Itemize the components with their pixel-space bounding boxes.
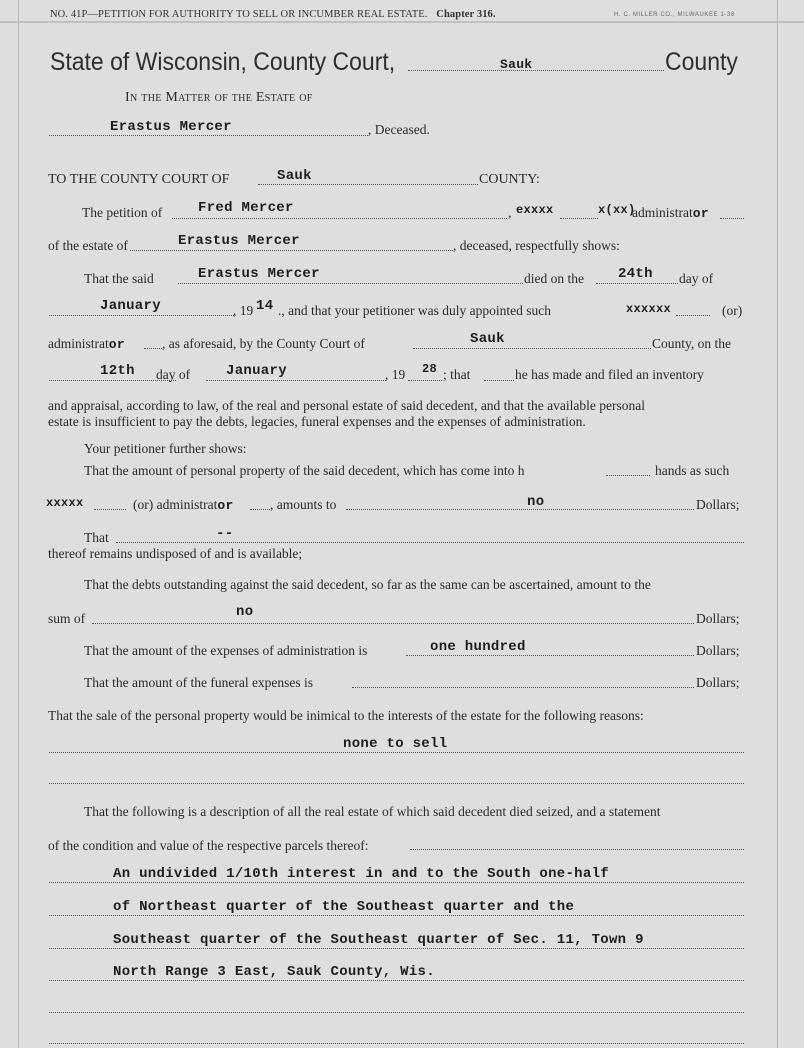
printer-imprint: H. C. MILLER CO., MILWAUKEE 1-38 [614, 12, 735, 18]
amount-value[interactable]: no [527, 494, 544, 510]
blank [484, 380, 514, 381]
died-year[interactable]: 14 [256, 298, 273, 314]
petition-of-label: The petition of [82, 205, 162, 221]
that-label: That [84, 530, 109, 546]
description-line[interactable]: North Range 3 East, Sauk County, Wis. [113, 964, 435, 980]
or-administrat-text: (or) administrat [133, 497, 217, 512]
aforesaid-text: , as aforesaid, by the County Court of [162, 336, 365, 352]
died-day[interactable]: 24th [618, 266, 653, 282]
petitioner-blank [172, 218, 507, 219]
document-page: NO. 41P—PETITION FOR AUTHORITY TO SELL O… [0, 0, 804, 1048]
form-title: NO. 41P—PETITION FOR AUTHORITY TO SELL O… [50, 9, 428, 20]
appt-day-of: day of [156, 367, 190, 383]
description-line-blank[interactable] [49, 1012, 744, 1013]
struck-executor-4: xxxxx [46, 496, 84, 510]
appt-month[interactable]: January [226, 363, 287, 379]
estate-of-blank [130, 250, 453, 251]
dollars-label-4: Dollars; [696, 675, 740, 691]
died-day-blank [596, 283, 678, 284]
blank [408, 380, 442, 381]
died-on-label: died on the [524, 271, 584, 287]
said-value[interactable]: Erastus Mercer [198, 266, 320, 282]
blank [94, 509, 126, 510]
blank [560, 218, 598, 219]
died-month-blank [49, 315, 234, 316]
undisposed-text: thereof remains undisposed of and is ava… [48, 546, 302, 562]
court-title: State of Wisconsin, County Court, [50, 48, 395, 77]
real-estate-intro-2: of the condition and value of the respec… [48, 838, 369, 854]
description-line-blank [49, 915, 744, 916]
appointed-text: ., and that your petitioner was duly app… [278, 303, 551, 319]
address-suffix: COUNTY: [479, 172, 540, 188]
blank [144, 348, 162, 349]
blank [606, 475, 650, 476]
further-heading: Your petitioner further shows: [84, 441, 247, 457]
sale-reason-blank-1 [49, 752, 744, 753]
inventory-text: he has made and filed an inventory [515, 367, 704, 383]
year-prefix: , 19 [233, 303, 253, 319]
decedent-name[interactable]: Erastus Mercer [110, 119, 232, 135]
description-line-blank [49, 948, 744, 949]
deceased-label: , Deceased. [368, 122, 430, 138]
description-line[interactable]: An undivided 1/10th interest in and to t… [113, 866, 609, 882]
that-label: ; that [443, 367, 470, 383]
hands-as-such: hands as such [655, 463, 729, 479]
address-county-blank [258, 184, 478, 185]
decedent-blank [49, 135, 368, 136]
dollars-label-2: Dollars; [696, 611, 740, 627]
comma: , [508, 205, 511, 221]
administrat-suffix[interactable]: or [217, 498, 233, 513]
form-header: NO. 41P—PETITION FOR AUTHORITY TO SELL O… [50, 9, 496, 20]
debts-blank [92, 623, 694, 624]
said-blank [178, 283, 523, 284]
admin-expenses-blank [406, 655, 694, 656]
administrat-suffix[interactable]: or [109, 337, 125, 352]
dollars-label-3: Dollars; [696, 643, 740, 659]
dollars-label-1: Dollars; [696, 497, 740, 513]
real-estate-intro-1: That the following is a description of a… [84, 804, 661, 820]
administrat-label: administrator [632, 205, 709, 221]
struck-executor-2: x(xx) [598, 203, 636, 217]
estate-of-label: of the estate of [48, 238, 128, 254]
or-administrat: (or) administrator [133, 497, 234, 513]
county-blank [408, 70, 664, 71]
description-line-blank [49, 882, 744, 883]
day-of-label: day of [679, 271, 713, 287]
administrat-text: administrat [632, 205, 693, 220]
respectfully-shows: , deceased, respectfully shows: [453, 238, 620, 254]
amounts-to: , amounts to [270, 497, 336, 513]
blank [250, 509, 270, 510]
description-line-blank [49, 980, 744, 981]
county-on-the: County, on the [652, 336, 731, 352]
amount-blank [346, 509, 694, 510]
appt-year[interactable]: 28 [422, 362, 437, 376]
description-line-blank[interactable] [49, 1043, 744, 1044]
court-county[interactable]: Sauk [470, 331, 505, 347]
address-county[interactable]: Sauk [277, 168, 312, 184]
said-label: That the said [84, 271, 154, 287]
appraisal-line-2: estate is insufficient to pay the debts,… [48, 414, 586, 430]
admin-expenses-label: That the amount of the expenses of admin… [84, 643, 367, 659]
petitioner-name[interactable]: Fred Mercer [198, 200, 294, 216]
title-county-value[interactable]: Sauk [500, 57, 532, 72]
estate-of-value[interactable]: Erastus Mercer [178, 233, 300, 249]
sale-reason-blank-2[interactable] [49, 783, 744, 784]
appt-day[interactable]: 12th [100, 363, 135, 379]
sale-reasons-label: That the sale of the personal property w… [48, 708, 644, 724]
appraisal-line-1: and appraisal, according to law, of the … [48, 398, 645, 414]
address-prefix: TO THE COUNTY COURT OF [48, 172, 229, 188]
title-county-suffix: County [665, 48, 738, 77]
court-county-blank [413, 348, 651, 349]
description-line[interactable]: of Northeast quarter of the Southeast qu… [113, 899, 574, 915]
estate-matter-heading: In the Matter of the Estate of [125, 90, 313, 106]
description-line[interactable]: Southeast quarter of the Southeast quart… [113, 932, 644, 948]
died-month[interactable]: January [100, 298, 161, 314]
appt-month-blank [206, 380, 386, 381]
debts-value[interactable]: no [236, 604, 253, 620]
page-edge-left [18, 0, 19, 1048]
administrat-suffix[interactable]: or [693, 206, 709, 221]
administrat2-label: administrator [48, 336, 125, 352]
header-rule [0, 21, 804, 23]
administrat-text: administrat [48, 336, 109, 351]
funeral-blank[interactable] [352, 687, 694, 688]
personal-property-line: That the amount of personal property of … [84, 463, 525, 479]
blank [720, 218, 744, 219]
funeral-label: That the amount of the funeral expenses … [84, 675, 313, 691]
page-edge-right [777, 0, 778, 1048]
blank [410, 849, 744, 850]
that-value[interactable]: -- [216, 526, 233, 542]
sum-of-label: sum of [48, 611, 85, 627]
blank [676, 315, 710, 316]
sale-reason-value[interactable]: none to sell [343, 736, 447, 752]
that-blank [116, 542, 744, 543]
appt-year-prefix: , 19 [385, 367, 405, 383]
admin-expenses-value[interactable]: one hundred [430, 639, 526, 655]
or-label: (or) [722, 303, 742, 319]
form-chapter: Chapter 316. [436, 9, 495, 20]
struck-executor-1: exxxx [516, 203, 554, 217]
struck-executor-3: xxxxxx [626, 302, 671, 316]
debts-line: That the debts outstanding against the s… [84, 577, 651, 593]
